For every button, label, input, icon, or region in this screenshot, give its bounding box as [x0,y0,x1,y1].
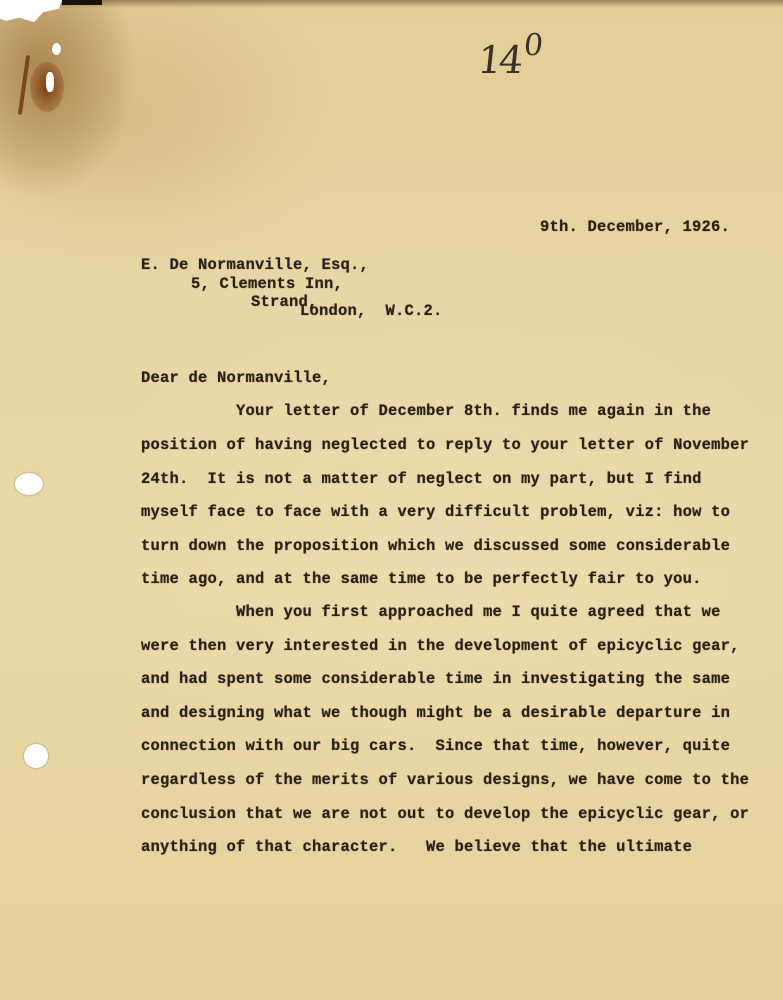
body-line: position of having neglected to reply to… [141,436,749,454]
body-line: regardless of the merits of various desi… [141,771,749,789]
scan-border [62,0,102,5]
body-line: connection with our big cars. Since that… [141,737,730,755]
body-line: were then very interested in the develop… [141,637,740,655]
letter-date: 9th. December, 1926. [540,218,730,236]
body-line: anything of that character. We believe t… [141,838,692,856]
body-line: and had spent some considerable time in … [141,670,730,688]
body-line: When you first approached me I quite agr… [141,603,721,621]
page-number-superscript: 0 [522,28,542,63]
body-line: myself face to face with a very difficul… [141,503,730,521]
body-line: turn down the proposition which we discu… [141,537,730,555]
recipient-street: 5, Clements Inn, [191,275,343,293]
staple-hole [46,72,54,92]
body-line: Your letter of December 8th. finds me ag… [141,402,711,420]
recipient-city: London, W.C.2. [300,302,443,320]
paper-top-edge-shadow [0,0,783,8]
letter-page: 140 9th. December, 1926. E. De Normanvil… [0,0,783,1000]
punch-hole [15,473,43,495]
torn-corner [0,0,62,22]
body-line: conclusion that we are not out to develo… [141,805,749,823]
recipient-name: E. De Normanville, Esq., [141,256,369,274]
rust-streak [18,55,30,115]
salutation: Dear de Normanville, [141,369,331,387]
staple-hole [52,43,61,55]
body-line: time ago, and at the same time to be per… [141,570,702,588]
page-number: 14 [476,38,523,82]
body-line: and designing what we though might be a … [141,704,730,722]
handwritten-page-number: 140 [476,38,541,82]
punch-hole [24,744,48,768]
body-line: 24th. It is not a matter of neglect on m… [141,470,702,488]
